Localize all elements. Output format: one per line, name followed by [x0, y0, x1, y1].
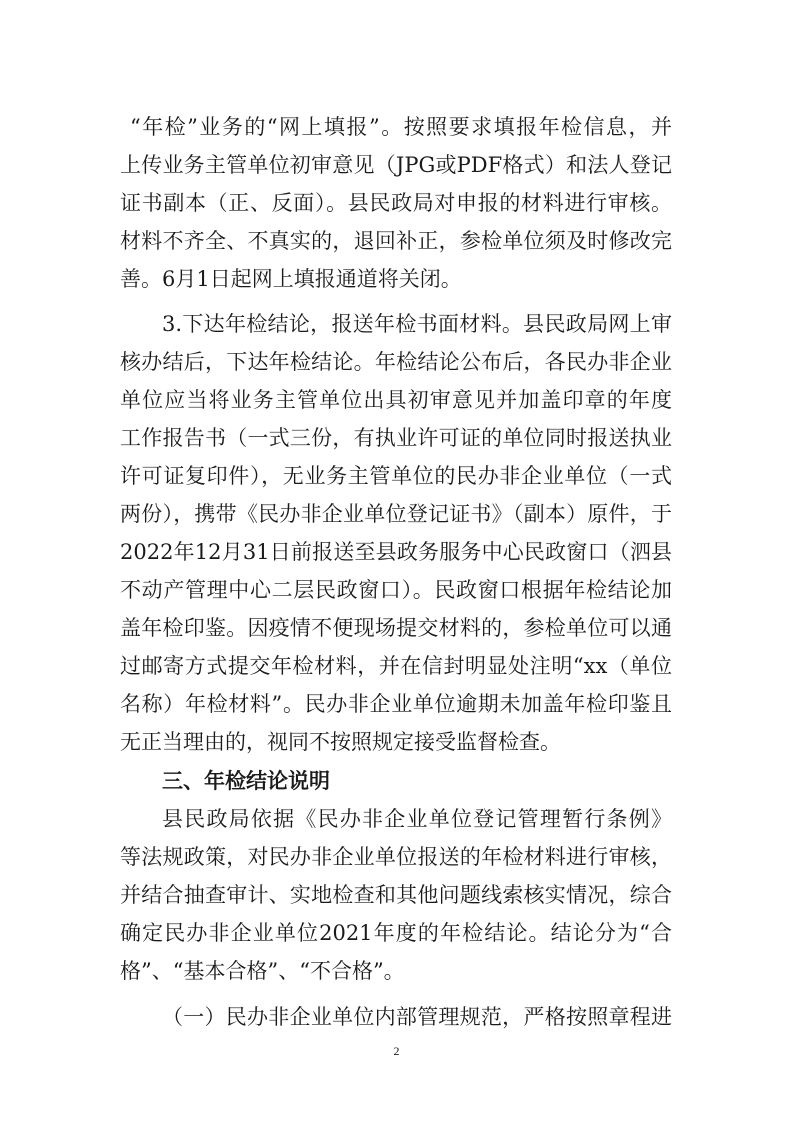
text-line: 不动产管理中心二层民政窗口）。民政窗口根据年检结论加 — [120, 571, 672, 609]
text-line: 材料不齐全、不真实的，退回补正，参检单位须及时修改完 — [120, 222, 672, 260]
text-line: 证书副本（正、反面）。县民政局对申报的材料进行审核。 — [120, 184, 672, 222]
text-line: 2022年12月31日前报送至县政务服务中心民政窗口（泗县 — [120, 533, 672, 571]
text-line: 过邮寄方式提交年检材料，并在信封明显处注明“xx（单位 — [120, 647, 672, 685]
text-line: 3.下达年检结论，报送年检书面材料。县民政局网上审 — [162, 305, 672, 343]
section-heading: 三、年检结论说明 — [162, 762, 672, 800]
text-line: 等法规政策，对民办非企业单位报送的年检材料进行审核， — [120, 838, 672, 876]
text-line: 上传业务主管单位初审意见（JPG或PDF格式）和法人登记 — [120, 146, 672, 184]
text-line: 善。6月1日起网上填报通道将关闭。 — [120, 260, 672, 298]
text-line: 格”、“基本合格”、“不合格”。 — [120, 952, 672, 990]
text-line: 许可证复印件），无业务主管单位的民办非企业单位（一式 — [120, 457, 672, 495]
text-line: 确定民办非企业单位2021年度的年检结论。结论分为“合 — [120, 914, 672, 952]
text-line: 两份），携带《民办非企业单位登记证书》（副本）原件，于 — [120, 495, 672, 533]
document-page: “年检”业务的“网上填报”。按照要求填报年检信息，并上传业务主管单位初审意见（J… — [0, 0, 793, 1122]
text-line: 盖年检印鉴。因疫情不便现场提交材料的，参检单位可以通 — [120, 609, 672, 647]
text-line: 并结合抽查审计、实地检查和其他问题线索核实情况，综合 — [120, 876, 672, 914]
text-line: 县民政局依据《民办非企业单位登记管理暂行条例》 — [162, 800, 672, 838]
text-line: 工作报告书（一式三份，有执业许可证的单位同时报送执业 — [120, 419, 672, 457]
text-line: （一）民办非企业单位内部管理规范，严格按照章程进 — [162, 998, 672, 1036]
text-line: 无正当理由的，视同不按照规定接受监督检查。 — [120, 723, 672, 761]
text-line: 单位应当将业务主管单位出具初审意见并加盖印章的年度 — [120, 381, 672, 419]
text-line: 核办结后，下达年检结论。年检结论公布后，各民办非企业 — [120, 343, 672, 381]
page-number: 2 — [0, 1044, 793, 1059]
text-line: 名称）年检材料”。民办非企业单位逾期未加盖年检印鉴且 — [120, 685, 672, 723]
text-line: “年检”业务的“网上填报”。按照要求填报年检信息，并 — [130, 108, 672, 146]
